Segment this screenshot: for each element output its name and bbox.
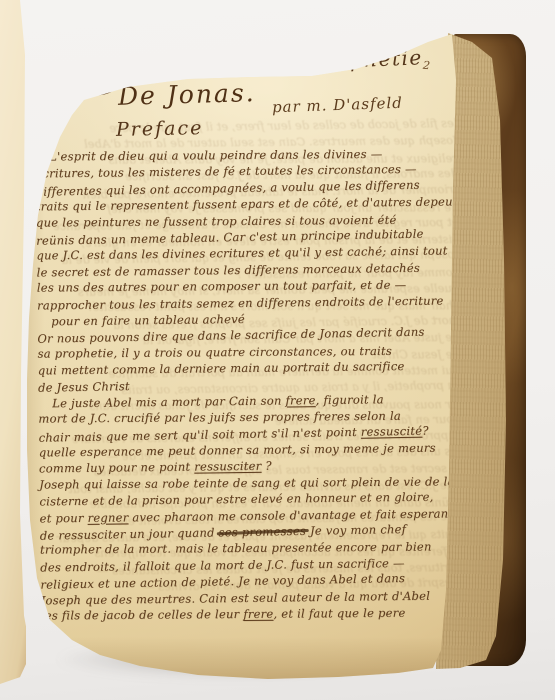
manuscript-line: religieux et une action de pieté. Je ne … (40, 569, 444, 593)
manuscript-line: rapprocher tous les traits semez en diff… (37, 292, 441, 313)
show-through-line: les uns des autres pour en composer un t… (31, 443, 461, 466)
show-through-line: Or nous pouvons dire que dans le sacrifi… (30, 396, 460, 414)
show-through-line: cisterne et de la prison pour estre elev… (29, 230, 459, 251)
show-through-line: religieux et une action de pieté. Je ne … (28, 150, 458, 168)
show-through-line: Joseph qui laisse sa robe teinte de sang… (29, 246, 459, 269)
manuscript-line: comme luy pour ne point ressusciter ? (39, 456, 443, 477)
show-through-line: sa prophetie, il y a trois ou quatre cir… (30, 377, 460, 400)
manuscript-line: Le juste Abel mis a mort par Cain son fr… (38, 390, 442, 411)
show-through-line: que les peintures ne fussent trop claire… (32, 508, 462, 531)
manuscript-line: pour en faire un tableau achevé (37, 308, 441, 329)
manuscript-line: que les peintures ne fussent trop claire… (36, 211, 440, 231)
verso-show-through-text: les fils de jacob de celles de leur frer… (28, 116, 463, 596)
show-through-line: ecritures, tous les misteres de fé et to… (32, 558, 462, 579)
manuscript-line: que J.C. est dans les divines ecritures … (36, 243, 440, 264)
lifted-page-edge (0, 0, 26, 684)
show-through-line: L'esprit de dieu qui a voulu peindre dan… (32, 574, 462, 597)
show-through-line: mort de J.C. crucifié par les juifs ses … (30, 312, 460, 335)
show-through-line: chair mais que me sert qu'il soit mort s… (29, 297, 459, 315)
ink-blot (88, 84, 115, 97)
show-through-line: les fils de jacob de celles de leur frer… (27, 115, 457, 138)
preface-heading: Preface (116, 117, 204, 141)
show-through-line: de Jesus Christ (30, 347, 460, 365)
manuscript-line: sa prophetie, il y a trois ou quatre cir… (38, 342, 442, 362)
manuscript-line: reünis dans un meme tableau. Car c'est u… (36, 225, 440, 249)
show-through-line: de ressusciter un jour quand ses promess… (28, 199, 458, 217)
manuscript-line: Joseph que des meurtres. Cain est seul a… (41, 587, 445, 608)
show-through-line: Joseph que des meurtres. Cain est seul a… (28, 132, 458, 153)
manuscript-line: les uns des autres pour en composer un t… (37, 277, 441, 297)
manuscript-body-text: L'esprit de dieu qui a voulu peindre dan… (35, 145, 445, 625)
show-through-line: triompher de la mort. mais le tableau pr… (28, 180, 458, 203)
show-through-line: quelle esperance me peut donner sa mort,… (29, 280, 459, 301)
show-through-line: reünis dans un meme tableau. Car c'est u… (32, 494, 462, 512)
show-through-line: comme luy pour ne point ressusciter ? (29, 263, 459, 284)
show-through-line: traits qui le representent fussent epars… (32, 526, 462, 547)
manuscript-line: de Jesus Christ (38, 373, 442, 397)
manuscript-line: et pour regner avec pharaon me console d… (40, 505, 444, 526)
show-through-line: des endroits, il falloit que la mort de … (28, 165, 458, 186)
manuscript-line: cisterne et de la prison pour estre elev… (39, 489, 443, 510)
show-through-line: pour en faire un tableau achevé (31, 411, 461, 432)
manuscript-line: le secret est de ramasser tous les diffe… (37, 259, 441, 280)
manuscript-line: quelle esperance me peut donner sa mort,… (39, 440, 443, 461)
show-through-line: Le juste Abel mis a mort par Cain son fr… (30, 329, 460, 350)
show-through-line: rapprocher tous les traits semez en diff… (31, 427, 461, 448)
author-byline: par m. D'asfeld (272, 94, 403, 117)
show-through-line: et pour regner avec pharaon me console d… (29, 214, 459, 235)
manuscript-line: L'esprit de dieu qui a voulu peindre dan… (35, 145, 439, 165)
show-through-line: differentes qui les ont accompagnées, a … (32, 543, 462, 561)
manuscript-line: qui mettent comme la derniere main au po… (38, 358, 442, 379)
manuscript-line: chair mais que me sert qu'il soit mort s… (38, 422, 442, 446)
folio-number: 2 (422, 59, 430, 73)
manuscript-line: traits qui le representent fussent epars… (36, 194, 440, 215)
manuscript-line: Joseph qui laisse sa robe teinte de sang… (39, 473, 443, 493)
show-through-line: le secret est de ramasser tous les diffe… (31, 460, 461, 481)
manuscript-line: les fils de jacob de celles de leur frer… (41, 604, 445, 624)
photograph-of-manuscript-book: les fils de jacob de celles de leur frer… (0, 0, 555, 700)
manuscript-line: differentes qui les ont accompagnées, a … (35, 176, 439, 200)
manuscript-line: Or nous pouvons dire que dans le sacrifi… (37, 324, 441, 348)
manuscript-title-line2: De Jonas. (118, 78, 256, 111)
manuscript-title-line1: Explication De La prophetie (98, 45, 424, 83)
manuscript-line: mort de J.C. crucifié par les juifs ses … (38, 408, 442, 428)
manuscript-line: des endroits, il falloit que la mort de … (40, 554, 444, 575)
show-through-line: que J.C. est dans les divines ecritures … (31, 476, 461, 497)
manuscript-line: triompher de la mort. mais le tableau pr… (40, 539, 444, 559)
show-through-line: qui mettent comme la derniere main au po… (30, 362, 460, 383)
manuscript-line: ecritures, tous les misteres de fé et to… (35, 161, 439, 182)
manuscript-line: de ressusciter un jour quand ses promess… (40, 520, 444, 544)
